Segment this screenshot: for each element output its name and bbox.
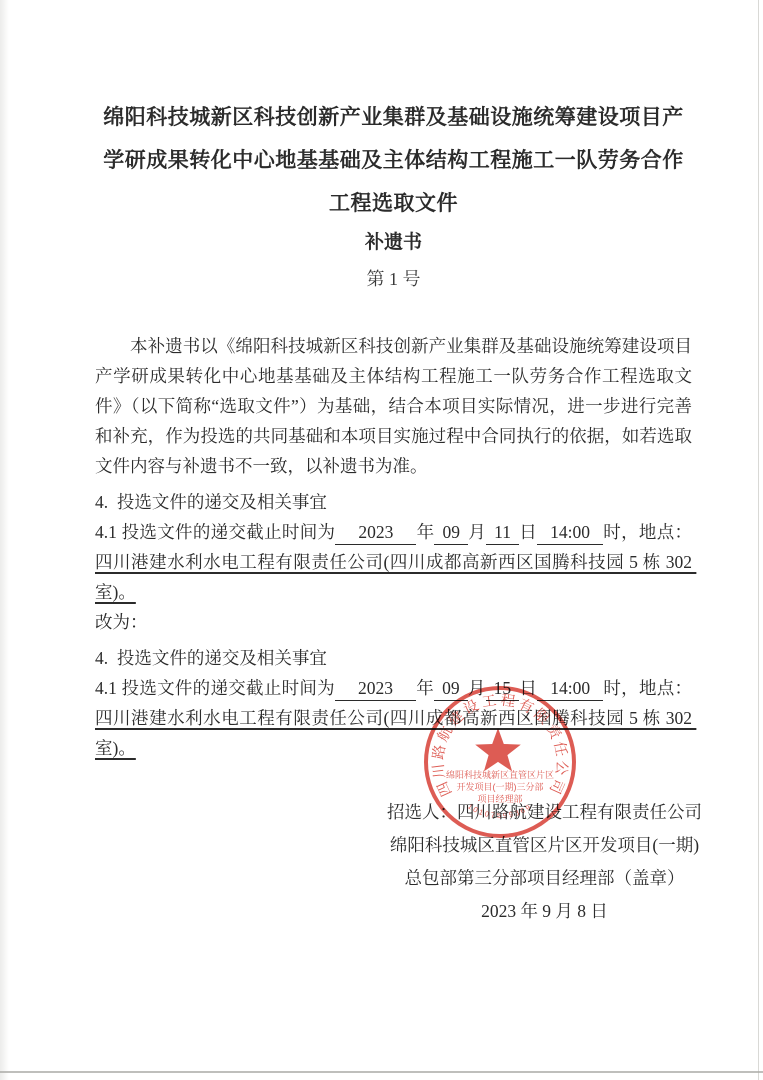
signature-date-line: 2023 年 9 月 8 日 [372, 895, 717, 928]
section-heading-original: 4. 投选文件的递交及相关事宜 [95, 487, 692, 517]
clause-revised-time-blank: 14:00 [537, 676, 603, 701]
signature-issuer-line: 招选人：四川路航建设工程有限责任公司 [372, 796, 717, 829]
seal-inner-line2: 开发项目(一期)三分部 [457, 781, 544, 792]
signature-block: 招选人：四川路航建设工程有限责任公司 绵阳科技城区直管区片区开发项目(一期) 总… [372, 796, 717, 928]
scanned-document-page: 绵阳科技城新区科技创新产业集群及基础设施统筹建设项目产学研成果转化中心地基基础及… [0, 0, 763, 1080]
clause-original: 4.1 投选文件的递交截止时间为2023年09月11日14:00时，地点：四川港… [95, 517, 692, 607]
document-number: 第 1 号 [95, 261, 692, 297]
clause-revised-time-unit: 时，地点： [603, 678, 692, 698]
clause-revised-location: 四川港建水利水电工程有限责任公司(四川成都高新西区国腾科技园 5 栋 302 室… [95, 708, 696, 758]
clause-original-month-unit: 月 [468, 522, 486, 542]
scan-left-shadow [0, 0, 9, 1080]
clause-revised-prefix: 4.1 投选文件的递交截止时间为 [95, 678, 335, 698]
amendment-label: 改为： [95, 607, 692, 637]
clause-revised-year-blank: 2023 [335, 676, 416, 701]
clause-original-year-unit: 年 [416, 522, 434, 542]
seal-inner-line1: 绵阳科技城新区直管区片区 [446, 769, 554, 780]
signature-org-line: 绵阳科技城区直管区片区开发项目(一期) [372, 829, 717, 862]
intro-paragraph: 本补遗书以《绵阳科技城新区科技创新产业集群及基础设施统筹建设项目产学研成果转化中… [95, 331, 692, 481]
scan-right-edge [758, 0, 759, 1080]
clause-original-day-blank: 11 [486, 520, 519, 545]
clause-revised-month-unit: 月 [468, 678, 486, 698]
clause-original-time-unit: 时，地点： [603, 522, 692, 542]
scan-bottom-edge [0, 1071, 763, 1073]
clause-original-prefix: 4.1 投选文件的递交截止时间为 [95, 522, 335, 542]
clause-revised: 4.1 投选文件的递交截止时间为2023年09月15日14:00时，地点：四川港… [95, 673, 692, 763]
clause-revised-month-blank: 09 [434, 676, 468, 701]
clause-revised-day-blank: 15 [486, 676, 520, 701]
section-heading-revised: 4. 投选文件的递交及相关事宜 [95, 643, 692, 673]
clause-original-day-unit: 日 [519, 522, 537, 542]
signature-dept-line: 总包部第三分部项目经理部（盖章） [372, 862, 717, 895]
clause-revised-day-unit: 日 [519, 678, 537, 698]
document-title: 绵阳科技城新区科技创新产业集群及基础设施统筹建设项目产学研成果转化中心地基基础及… [95, 96, 692, 225]
clause-original-location: 四川港建水利水电工程有限责任公司(四川成都高新西区国腾科技园 5 栋 302 室… [95, 552, 696, 602]
document-subtitle: 补遗书 [95, 225, 692, 261]
clause-revised-year-unit: 年 [416, 678, 434, 698]
clause-original-month-blank: 09 [434, 520, 468, 545]
clause-original-year-blank: 2023 [335, 520, 416, 545]
clause-original-time-blank: 14:00 [537, 520, 603, 545]
